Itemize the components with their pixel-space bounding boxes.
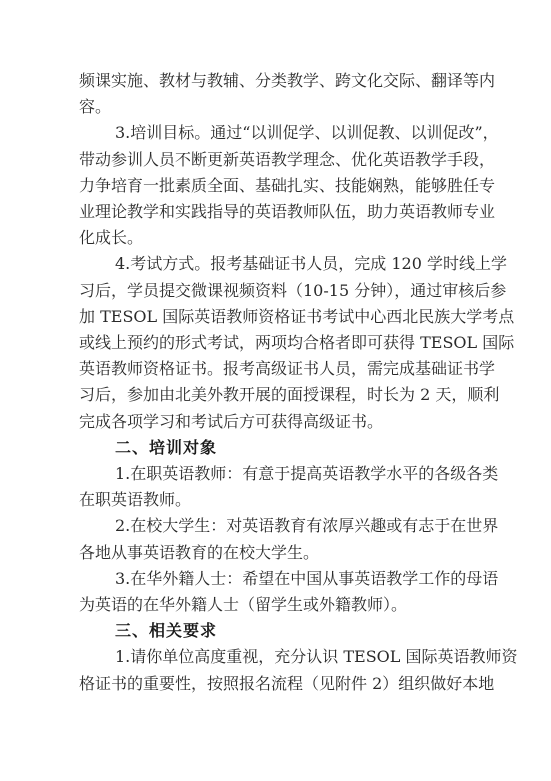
text-line: 力争培育一批素质全面、基础扎实、技能娴熟，能够胜任专 <box>79 175 465 197</box>
paragraph-training-goal: 3.培训目标。通过“以训促学、以训促教、以训促改”， <box>115 122 465 144</box>
paragraph-requirement-1: 1.请你单位高度重视，充分认识 TESOL 国际英语教师资 <box>115 646 465 668</box>
text-line: 频课实施、教材与教辅、分类教学、跨文化交际、翻译等内 <box>79 70 465 92</box>
paragraph-in-service-teachers: 1.在职英语教师：有意于提高英语教学水平的各级各类 <box>115 463 465 485</box>
text-line: 各地从事英语教育的在校大学生。 <box>79 542 465 564</box>
text-line: 业理论教学和实践指导的英语教师队伍，助力英语教师专业 <box>79 201 465 223</box>
text-line: 英语教师资格证书。报考高级证书人员，需完成基础证书学 <box>79 358 465 380</box>
document-page: 频课实施、教材与教辅、分类教学、跨文化交际、翻译等内 容。 3.培训目标。通过“… <box>0 0 551 781</box>
text-line: 在职英语教师。 <box>79 489 465 511</box>
text-line: 容。 <box>79 96 465 118</box>
text-line: 带动参训人员不断更新英语教学理念、优化英语教学手段， <box>79 149 465 171</box>
text-line: 格证书的重要性，按照报名流程（见附件 2）组织做好本地 <box>79 673 465 695</box>
paragraph-exam-method: 4.考试方式。报考基础证书人员，完成 120 学时线上学 <box>115 253 465 275</box>
text-line: 习后，学员提交微课视频资料（10-15 分钟），通过审核后参 <box>79 280 465 302</box>
text-line: 为英语的在华外籍人士（留学生或外籍教师）。 <box>79 594 465 616</box>
text-line: 习后，参加由北美外教开展的面授课程，时长为 2 天，顺利 <box>79 384 465 406</box>
section-heading-training-targets: 二、培训对象 <box>115 437 465 459</box>
paragraph-university-students: 2.在校大学生：对英语教育有浓厚兴趣或有志于在世界 <box>115 515 465 537</box>
text-line: 或线上预约的形式考试，两项均合格者即可获得 TESOL 国际 <box>79 332 465 354</box>
paragraph-foreign-nationals: 3.在华外籍人士：希望在中国从事英语教学工作的母语 <box>115 568 465 590</box>
section-heading-requirements: 三、相关要求 <box>115 620 465 642</box>
text-line: 完成各项学习和考试后方可获得高级证书。 <box>79 411 465 433</box>
text-line: 化成长。 <box>79 227 465 249</box>
text-line: 加 TESOL 国际英语教师资格证书考试中心西北民族大学考点 <box>79 306 465 328</box>
